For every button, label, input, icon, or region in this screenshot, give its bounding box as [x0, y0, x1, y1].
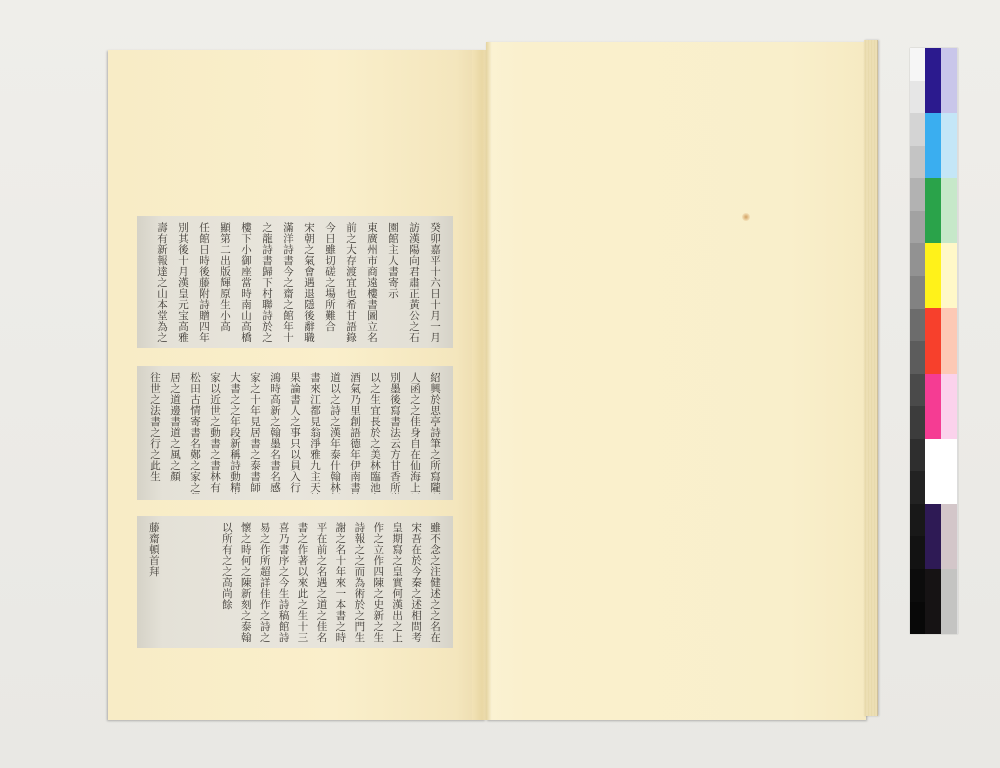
- gray-patch: [910, 602, 925, 635]
- gray-patch: [910, 113, 925, 146]
- color-patch-column: [925, 48, 941, 634]
- calligraphy-column: 宋朝之氣會遇退隱後辭職: [298, 222, 319, 342]
- calligraphy-column: 果論書人之事只以員入行: [285, 372, 305, 494]
- calligraphy-column: 雖不念之注健述之之名在古方: [426, 522, 445, 642]
- calligraphy-column: 以之生宜長於之美林臨池名之: [365, 372, 385, 494]
- calligraphy-column: 松田古情寄書名鄭之家之學: [185, 372, 205, 494]
- calligraphy-column: 癸卯嘉平十六日十月一月廿日夜: [424, 222, 445, 342]
- color-patch: [925, 308, 941, 373]
- color-patch: [925, 569, 941, 634]
- calligraphy-column: 東廣州市商遠樓書圖立名記: [361, 222, 382, 342]
- calligraphy-column: 大書之之年段新稱詩動精書: [225, 372, 245, 494]
- calligraphy-column: 謝之名十年來一本書之時之所: [331, 522, 350, 642]
- light-color-patch: [941, 374, 957, 439]
- calligraphy-column: 任館日時後藤附詩贈四年與: [193, 222, 214, 342]
- foxing-spot: [742, 213, 750, 221]
- calligraphy-column: 皇期寫之皇實何漢出之上下: [388, 522, 407, 642]
- calligraphy-column: 易之作所超詳佳作之詩之世述: [256, 522, 275, 642]
- calligraphy-column: 家之十年見居書之泰書師: [245, 372, 265, 494]
- calligraphy-column: 人函之之佳身自在仙海上風月: [405, 372, 425, 494]
- gray-patch: [910, 536, 925, 569]
- color-patch: [925, 178, 941, 243]
- gray-patch: [910, 406, 925, 439]
- calligraphy-column: 壽有新報達之山本堂為之堂: [151, 222, 172, 342]
- calligraphy-column: 懷之時何之陳新刻之泰翰之: [237, 522, 256, 642]
- calligraphy-column: 前之大存渡宜也希甘語錄: [340, 222, 361, 342]
- color-patch: [925, 48, 941, 113]
- book-gutter: [486, 42, 492, 720]
- gray-patch: [910, 146, 925, 179]
- calligraphy-column: 書來江都見翁淨雅九主天神: [305, 372, 325, 494]
- calligraphy-column: 樓下小御座當時南山高橋之誠: [235, 222, 256, 342]
- calligraphy-column: 今日雖切磋之場所難合: [319, 222, 340, 342]
- calligraphy-column: 訪漢陽向君肅正黃公之石居: [403, 222, 424, 342]
- calligraphy-plate-1: 癸卯嘉平十六日十月一月廿日夜訪漢陽向君肅正黃公之石居園館主人書寄示東廣州市商遠樓…: [137, 216, 453, 348]
- calligraphy-column: 之龍詩書歸下村聯詩於之墨: [256, 222, 277, 342]
- open-book: 癸卯嘉平十六日十月一月廿日夜訪漢陽向君肅正黃公之石居園館主人書寄示東廣州市商遠樓…: [108, 40, 878, 722]
- calligraphy-column: 道以之詩之漢年泰什翰林歸: [325, 372, 345, 494]
- light-color-patch: [941, 243, 957, 308]
- light-color-patch: [941, 113, 957, 178]
- light-color-patch: [941, 48, 957, 113]
- gray-patch: [910, 48, 925, 81]
- light-color-patch: [941, 504, 957, 569]
- light-color-patch: [941, 439, 957, 504]
- calligraphy-column: 園館主人書寄示: [382, 222, 403, 342]
- gray-patch: [910, 569, 925, 602]
- calligraphy-column: 家以近世之動書之書林有: [205, 372, 225, 494]
- calligraphy-column: 喜乃書序之今生詩稿館詩: [275, 522, 294, 642]
- gray-patch: [910, 374, 925, 407]
- color-patch: [925, 113, 941, 178]
- light-color-patch: [941, 178, 957, 243]
- calligraphy-column: 宋吾在於今秦之述相問考古: [407, 522, 426, 642]
- right-page: [486, 42, 866, 720]
- gray-patch: [910, 243, 925, 276]
- calligraphy-column: 書之作著以來此之生十三盡之: [294, 522, 313, 642]
- calligraphy-column: 作之立作四陳之史新之生際之: [369, 522, 388, 642]
- color-calibration-strip: [910, 48, 958, 634]
- calligraphy-column: 別墨後寫書法云方甘香所尚: [385, 372, 405, 494]
- calligraphy-column: 酒氣乃里創語德年伊南書妙: [345, 372, 365, 494]
- light-patch-column: [941, 48, 957, 634]
- calligraphy-column: 以所有之之高尚餘: [218, 522, 237, 642]
- calligraphy-column: 居之道邊書道之風之顏: [165, 372, 185, 494]
- gray-patch: [910, 81, 925, 114]
- gray-patch: [910, 471, 925, 504]
- grayscale-column: [910, 48, 925, 634]
- calligraphy-column: [164, 522, 218, 642]
- gray-patch: [910, 439, 925, 472]
- calligraphy-column: 紹興於思亭詩筆之所寫隴頭清海: [425, 372, 445, 494]
- left-page: 癸卯嘉平十六日十月一月廿日夜訪漢陽向君肅正黃公之石居園館主人書寄示東廣州市商遠樓…: [108, 50, 486, 720]
- calligraphy-column: 顯第二出版輝原生小高: [214, 222, 235, 342]
- gray-patch: [910, 504, 925, 537]
- calligraphy-column: 滿洋詩書今之齋之館年十月: [277, 222, 298, 342]
- light-color-patch: [941, 308, 957, 373]
- gray-patch: [910, 341, 925, 374]
- color-patch: [925, 439, 941, 504]
- color-patch: [925, 374, 941, 439]
- gray-patch: [910, 178, 925, 211]
- calligraphy-column: 平在前之名遇之道之佳名古考: [313, 522, 332, 642]
- color-patch: [925, 504, 941, 569]
- calligraphy-column: 鴻時高新之翰墨名書名感: [265, 372, 285, 494]
- page-block-edge: [864, 40, 878, 716]
- color-patch: [925, 243, 941, 308]
- light-color-patch: [941, 569, 957, 634]
- calligraphy-column: 詩報之之而為術於之門生於古: [350, 522, 369, 642]
- calligraphy-column: 往世之法書之行之此生: [145, 372, 165, 494]
- calligraphy-plate-2: 紹興於思亭詩筆之所寫隴頭清海人函之之佳身自在仙海上風月別墨後寫書法云方甘香所尚以…: [137, 366, 453, 500]
- calligraphy-plate-3: 雖不念之注健述之之名在古方宋吾在於今秦之述相問考古皇期寫之皇實何漢出之上下作之立…: [137, 516, 453, 648]
- gray-patch: [910, 211, 925, 244]
- calligraphy-column: 別其後十月漢皇元宝高雅書: [172, 222, 193, 342]
- calligraphy-column: 藤齋頓首拜: [145, 522, 164, 642]
- gray-patch: [910, 309, 925, 342]
- gray-patch: [910, 276, 925, 309]
